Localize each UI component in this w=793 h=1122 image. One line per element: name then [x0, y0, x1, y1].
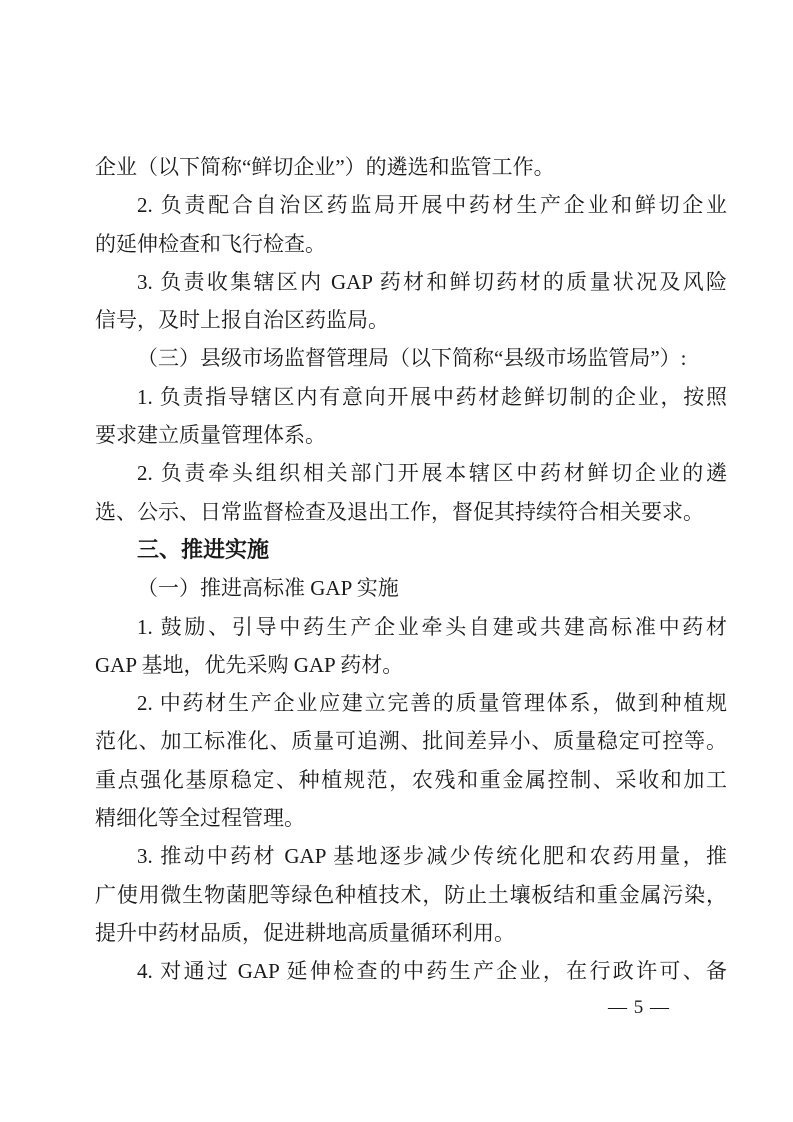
text-line: 3. 推动中药材 GAP 基地逐步减少传统化肥和农药用量，推 [95, 837, 727, 875]
text-line: 精细化等全过程管理。 [95, 799, 727, 837]
text-line: 1. 负责指导辖区内有意向开展中药材趁鲜切制的企业，按照 [95, 378, 727, 416]
document-page: 企业（以下简称“鲜切企业”）的遴选和监管工作。2. 负责配合自治区药监局开展中药… [0, 0, 793, 1122]
text-line: 三、推进实施 [95, 531, 727, 569]
text-line: 范化、加工标准化、质量可追溯、批间差异小、质量稳定可控等。 [95, 722, 727, 760]
page-number: — 5 — [608, 996, 670, 1020]
text-line: 的延伸检查和飞行检查。 [95, 225, 727, 263]
text-line: 广使用微生物菌肥等绿色种植技术，防止土壤板结和重金属污染， [95, 876, 727, 914]
text-line: 选、公示、日常监督检查及退出工作，督促其持续符合相关要求。 [95, 493, 727, 531]
text-line: 要求建立质量管理体系。 [95, 416, 727, 454]
text-line: 重点强化基原稳定、种植规范，农残和重金属控制、采收和加工 [95, 761, 727, 799]
text-line: （三）县级市场监督管理局（以下简称“县级市场监管局”）: [95, 339, 727, 377]
text-line: 2. 中药材生产企业应建立完善的质量管理体系，做到种植规 [95, 684, 727, 722]
text-line: 3. 负责收集辖区内 GAP 药材和鲜切药材的质量状况及风险 [95, 263, 727, 301]
text-line: 信号，及时上报自治区药监局。 [95, 301, 727, 339]
text-line: 4. 对通过 GAP 延伸检查的中药生产企业，在行政许可、备 [95, 952, 727, 990]
text-line: 企业（以下简称“鲜切企业”）的遴选和监管工作。 [95, 148, 727, 186]
text-line: 2. 负责配合自治区药监局开展中药材生产企业和鲜切企业 [95, 186, 727, 224]
text-line: GAP 基地，优先采购 GAP 药材。 [95, 646, 727, 684]
text-line: （一）推进高标准 GAP 实施 [95, 569, 727, 607]
text-line: 2. 负责牵头组织相关部门开展本辖区中药材鲜切企业的遴 [95, 454, 727, 492]
text-line: 1. 鼓励、引导中药生产企业牵头自建或共建高标准中药材 [95, 608, 727, 646]
text-line: 提升中药材品质，促进耕地高质量循环利用。 [95, 914, 727, 952]
document-lines: 企业（以下简称“鲜切企业”）的遴选和监管工作。2. 负责配合自治区药监局开展中药… [95, 148, 727, 991]
